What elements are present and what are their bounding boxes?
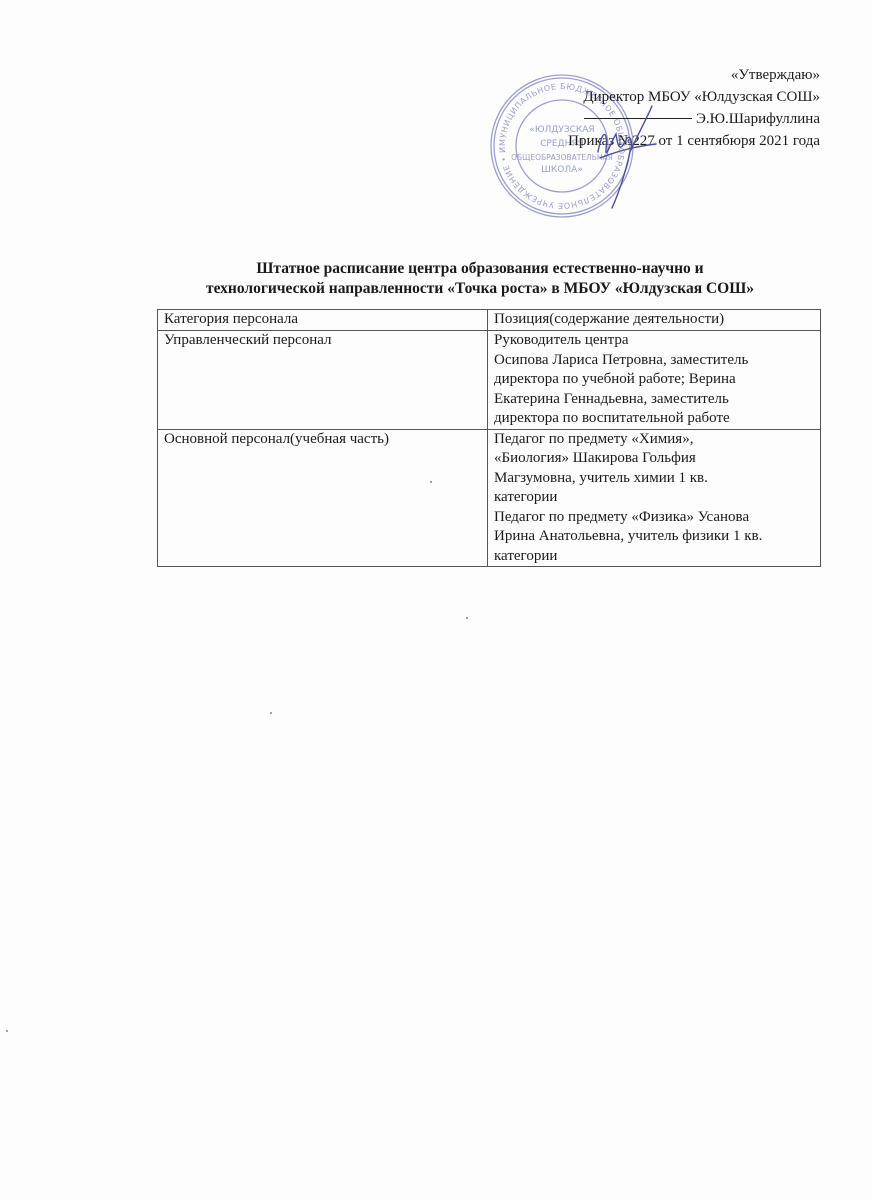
position-line: категории — [494, 547, 814, 567]
table-header-row: Категория персонала Позиция(содержание д… — [158, 310, 821, 331]
table-row: Управленческий персонал Руководитель цен… — [158, 331, 821, 430]
position-line: директора по учебной работе; Верина — [494, 370, 814, 390]
position-line: «Биология» Шакирова Гольфия — [494, 449, 814, 469]
table-row: Основной персонал(учебная часть) Педагог… — [158, 429, 821, 567]
svg-text:ШКОЛА»: ШКОЛА» — [541, 165, 583, 175]
position-line: категории — [494, 488, 814, 508]
document-page: МУНИЦИПАЛЬНОЕ БЮДЖЕТНОЕ ОБЩЕОБРАЗОВАТЕЛЬ… — [0, 0, 872, 1200]
scan-speck — [6, 1030, 8, 1032]
category-cell: Основной персонал(учебная часть) — [158, 429, 488, 567]
position-cell: Педагог по предмету «Химия», «Биология» … — [488, 429, 821, 567]
approve-label: «Утверждаю» — [568, 64, 820, 86]
staff-schedule-table: Категория персонала Позиция(содержание д… — [157, 309, 821, 567]
header-position: Позиция(содержание деятельности) — [488, 310, 821, 331]
scan-speck — [466, 617, 468, 619]
position-line: Педагог по предмету «Химия», — [494, 430, 814, 450]
signatory-name: Э.Ю.Шарифуллина — [696, 111, 820, 127]
title-line-1: Штатное расписание центра образования ес… — [140, 259, 820, 279]
position-line: Педагог по предмету «Физика» Усанова — [494, 508, 814, 528]
position-line: директора по воспитательной работе — [494, 409, 814, 429]
position-line: Руководитель центра — [494, 331, 814, 351]
title-line-2: технологической направленности «Точка ро… — [140, 279, 820, 299]
position-line: Екатерина Геннадьевна, заместитель — [494, 390, 814, 410]
scan-speck — [270, 712, 272, 714]
category-cell: Управленческий персонал — [158, 331, 488, 430]
position-line: Ирина Анатольевна, учитель физики 1 кв. — [494, 527, 814, 547]
scan-speck — [430, 481, 432, 483]
document-title: Штатное расписание центра образования ес… — [140, 259, 820, 299]
position-cell: Руководитель центра Осипова Лариса Петро… — [488, 331, 821, 430]
header-category: Категория персонала — [158, 310, 488, 331]
position-line: Магзумовна, учитель химии 1 кв. — [494, 469, 814, 489]
position-line: Осипова Лариса Петровна, заместитель — [494, 351, 814, 371]
signature-icon — [590, 100, 660, 210]
